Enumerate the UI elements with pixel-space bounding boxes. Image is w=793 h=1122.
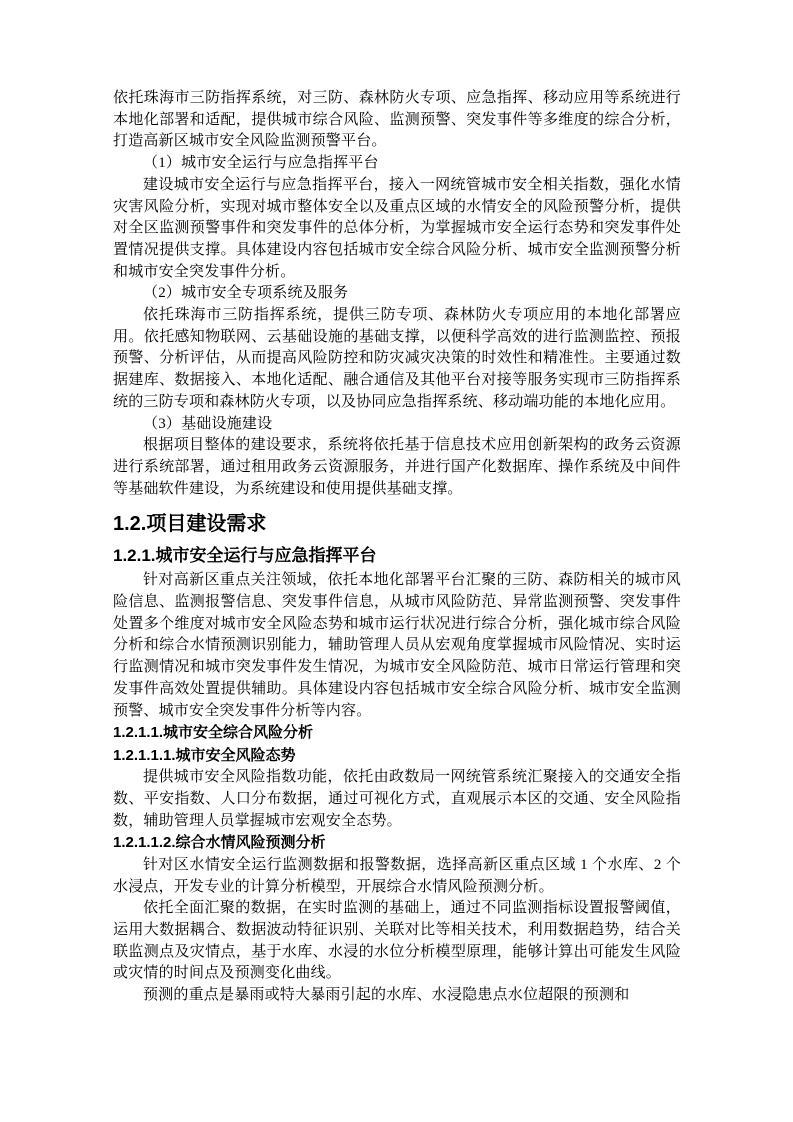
- body-paragraph-truncated: 预测的重点是暴雨或特大暴雨引起的水库、水浸隐患点水位超限的预测和: [113, 985, 681, 1007]
- body-paragraph: 针对区水情安全运行监测数据和报警数据，选择高新区重点区域 1 个水库、2 个水浸…: [113, 855, 681, 898]
- body-paragraph: 提供城市安全风险指数功能，依托由政数局一网统管系统汇聚接入的交通安全指数、平安指…: [113, 767, 681, 832]
- body-paragraph: 依托珠海市三防指挥系统，提供三防专项、森林防火专项应用的本地化部署应用。依托感知…: [113, 305, 681, 414]
- section-heading-1-2-1-1-2: 1.2.1.1.2.综合水情风险预测分析: [113, 832, 681, 855]
- list-item-2: （2）城市安全专项系统及服务: [113, 283, 681, 305]
- document-content: 依托珠海市三防指挥系统，对三防、森林防火专项、应急指挥、移动应用等系统进行本地化…: [113, 88, 681, 1007]
- body-paragraph: 根据项目整体的建设要求，系统将依托基于信息技术应用创新架构的政务云资源进行系统部…: [113, 435, 681, 500]
- section-heading-1-2-1-1: 1.2.1.1.城市安全综合风险分析: [113, 722, 681, 745]
- section-heading-1-2: 1.2.项目建设需求: [113, 511, 681, 537]
- body-paragraph: 依托全面汇聚的数据，在实时监测的基础上，通过不同监测指标设置报警阈值，运用大数据…: [113, 898, 681, 985]
- body-paragraph: 针对高新区重点关注领域，依托本地化部署平台汇聚的三防、森防相关的城市风险信息、监…: [113, 570, 681, 722]
- document-page: 依托珠海市三防指挥系统，对三防、森林防火专项、应急指挥、移动应用等系统进行本地化…: [0, 0, 793, 1122]
- list-item-1: （1）城市安全运行与应急指挥平台: [113, 153, 681, 175]
- section-heading-1-2-1-1-1: 1.2.1.1.1.城市安全风险态势: [113, 745, 681, 768]
- body-paragraph-continuation: 依托珠海市三防指挥系统，对三防、森林防火专项、应急指挥、移动应用等系统进行本地化…: [113, 88, 681, 153]
- body-paragraph: 建设城市安全运行与应急指挥平台，接入一网统管城市安全相关指数，强化水情灾害风险分…: [113, 175, 681, 284]
- list-item-3: （3）基础设施建设: [113, 414, 681, 436]
- section-heading-1-2-1: 1.2.1.城市安全运行与应急指挥平台: [113, 544, 681, 568]
